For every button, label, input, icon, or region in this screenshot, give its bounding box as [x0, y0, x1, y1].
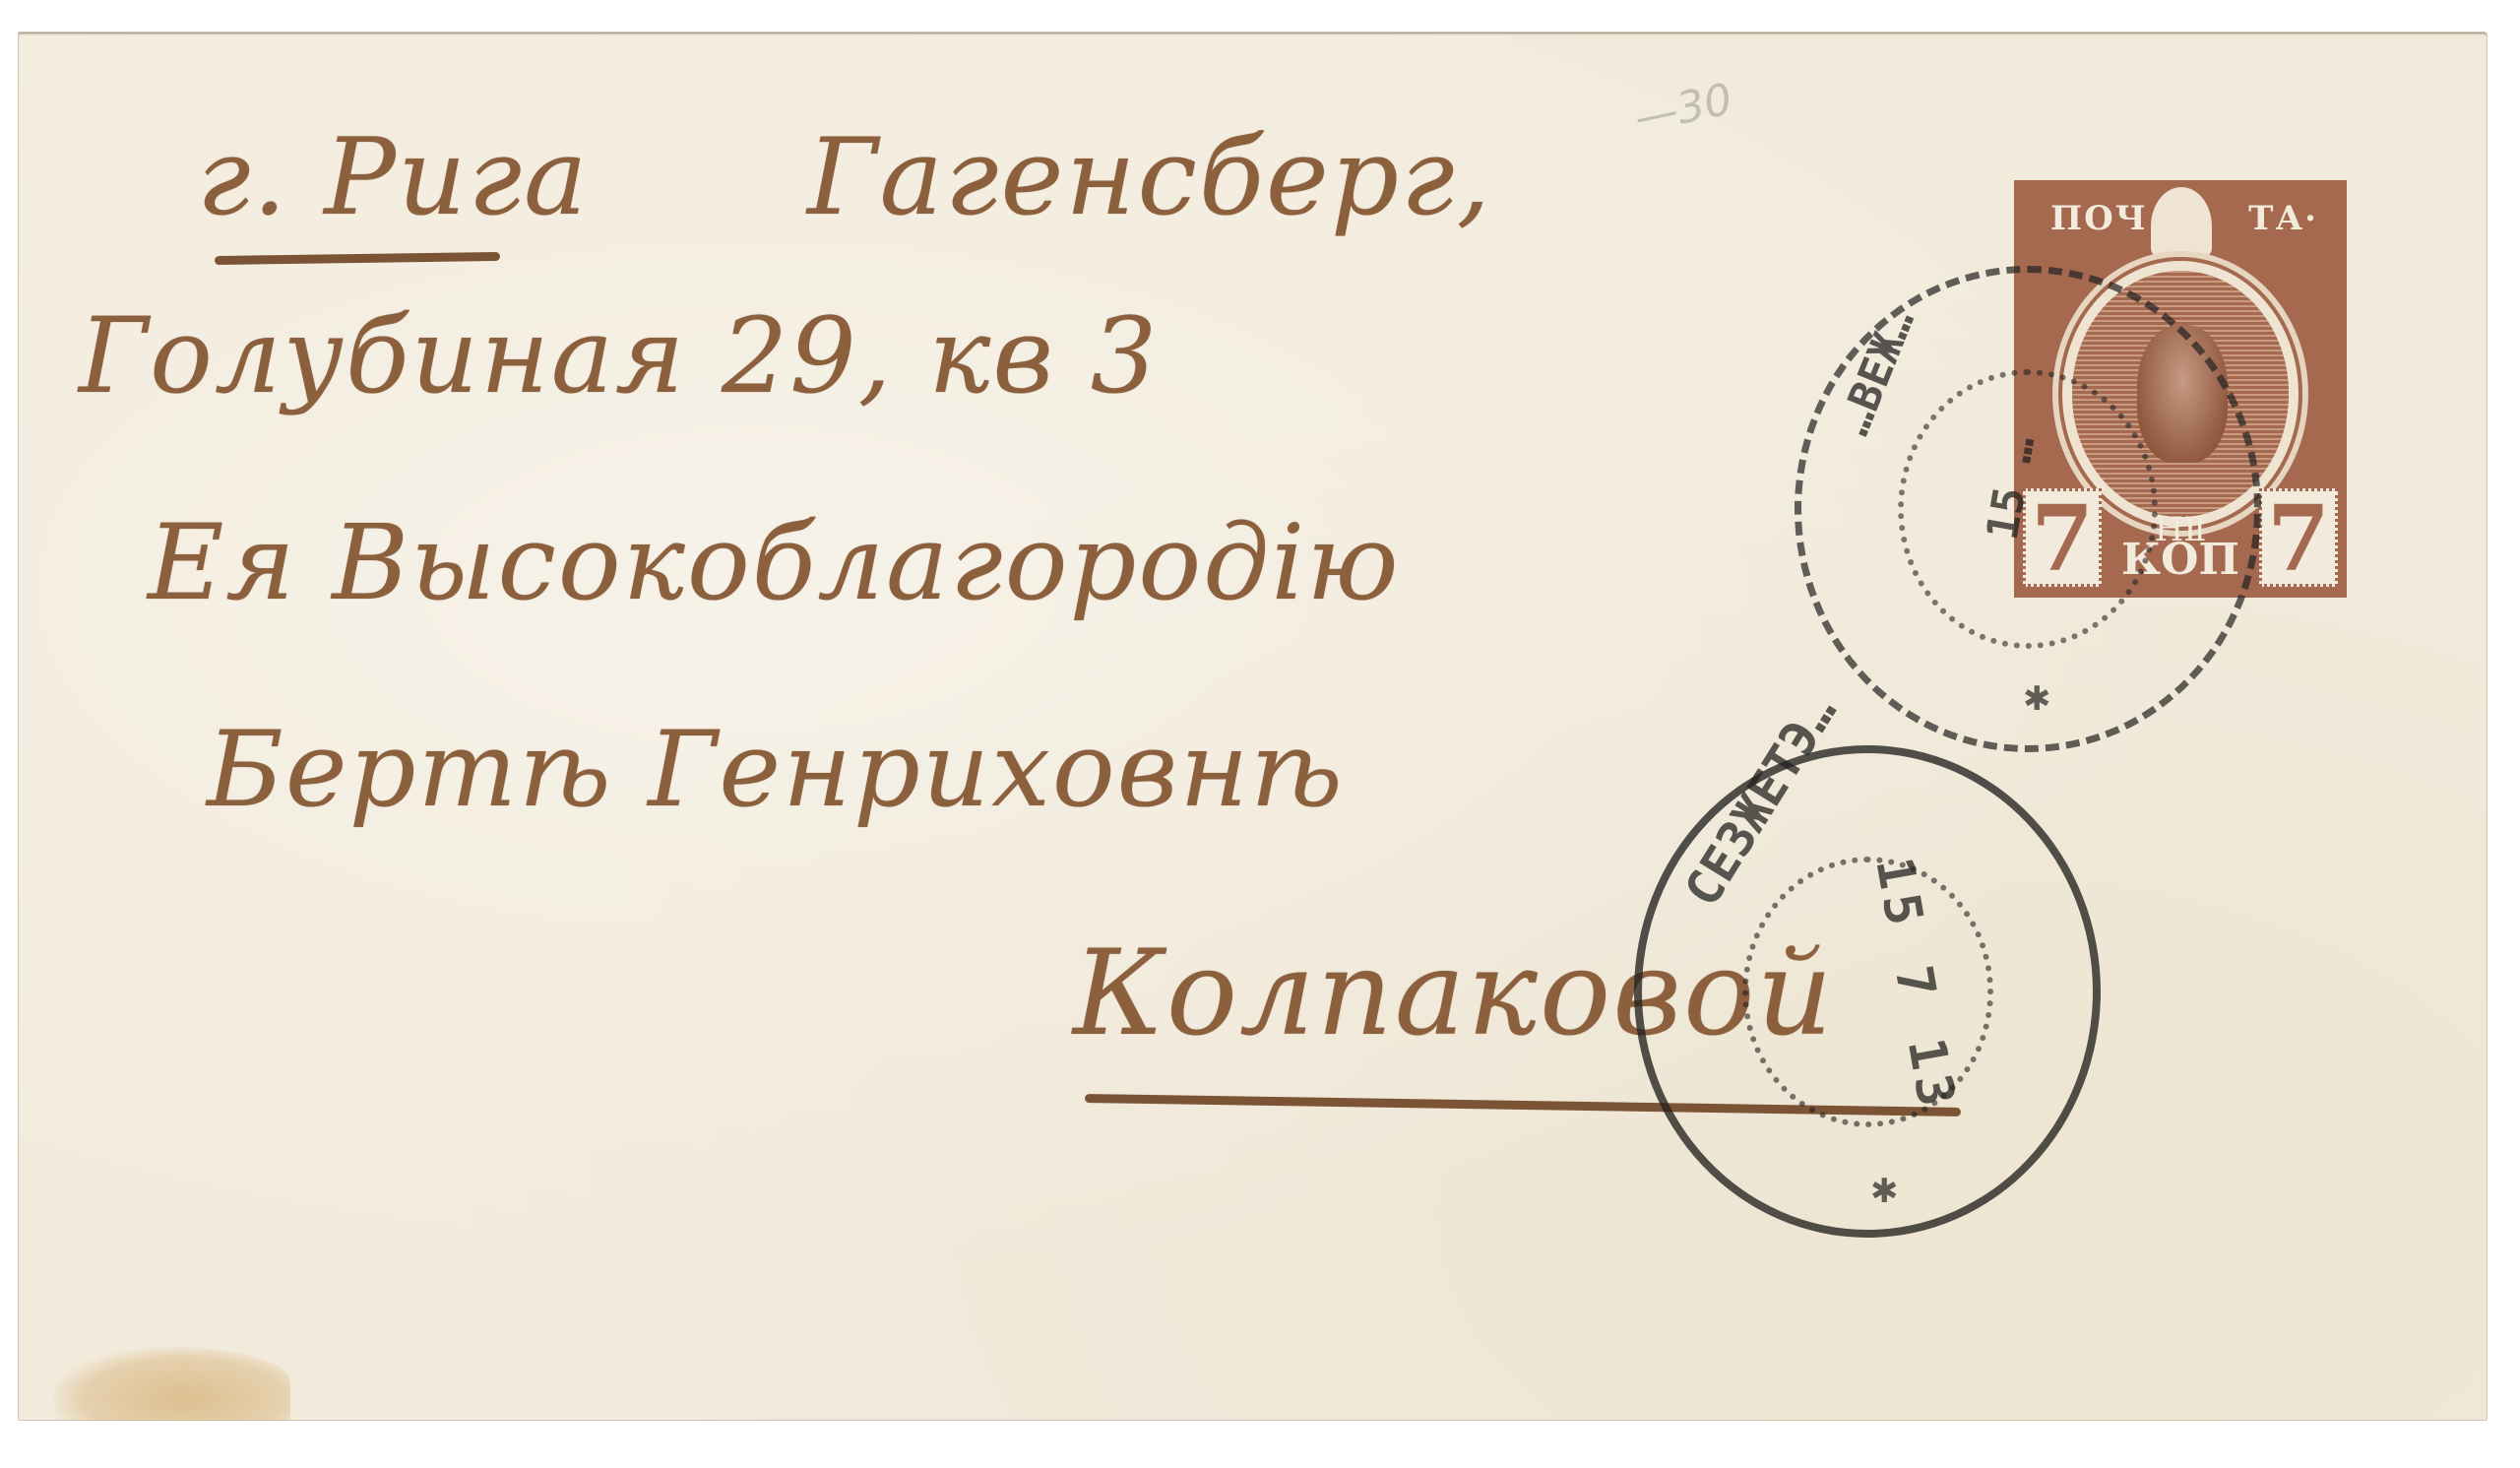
crown-icon — [2151, 187, 2212, 266]
stamp-banner-right: ТА· — [2248, 199, 2318, 238]
stamp-banner-left: ПОЧ — [2050, 199, 2148, 238]
water-stain — [54, 1347, 290, 1421]
address-city: г. Рига — [197, 116, 589, 239]
stamp-value-right: 7 — [2259, 488, 2338, 587]
address-honorific: Ея Высокоблагородію — [148, 502, 1401, 623]
address-street: Голубиная 29, кв 3 — [79, 295, 1159, 416]
address-recipient-name: Бертѣ Генриховнѣ — [207, 709, 1345, 830]
postmark-2-star-icon: ✱ — [1870, 1172, 1899, 1211]
postmark-1-star-icon: ✱ — [2023, 679, 2051, 719]
address-name-line: Гагенсберг, — [807, 116, 1492, 239]
